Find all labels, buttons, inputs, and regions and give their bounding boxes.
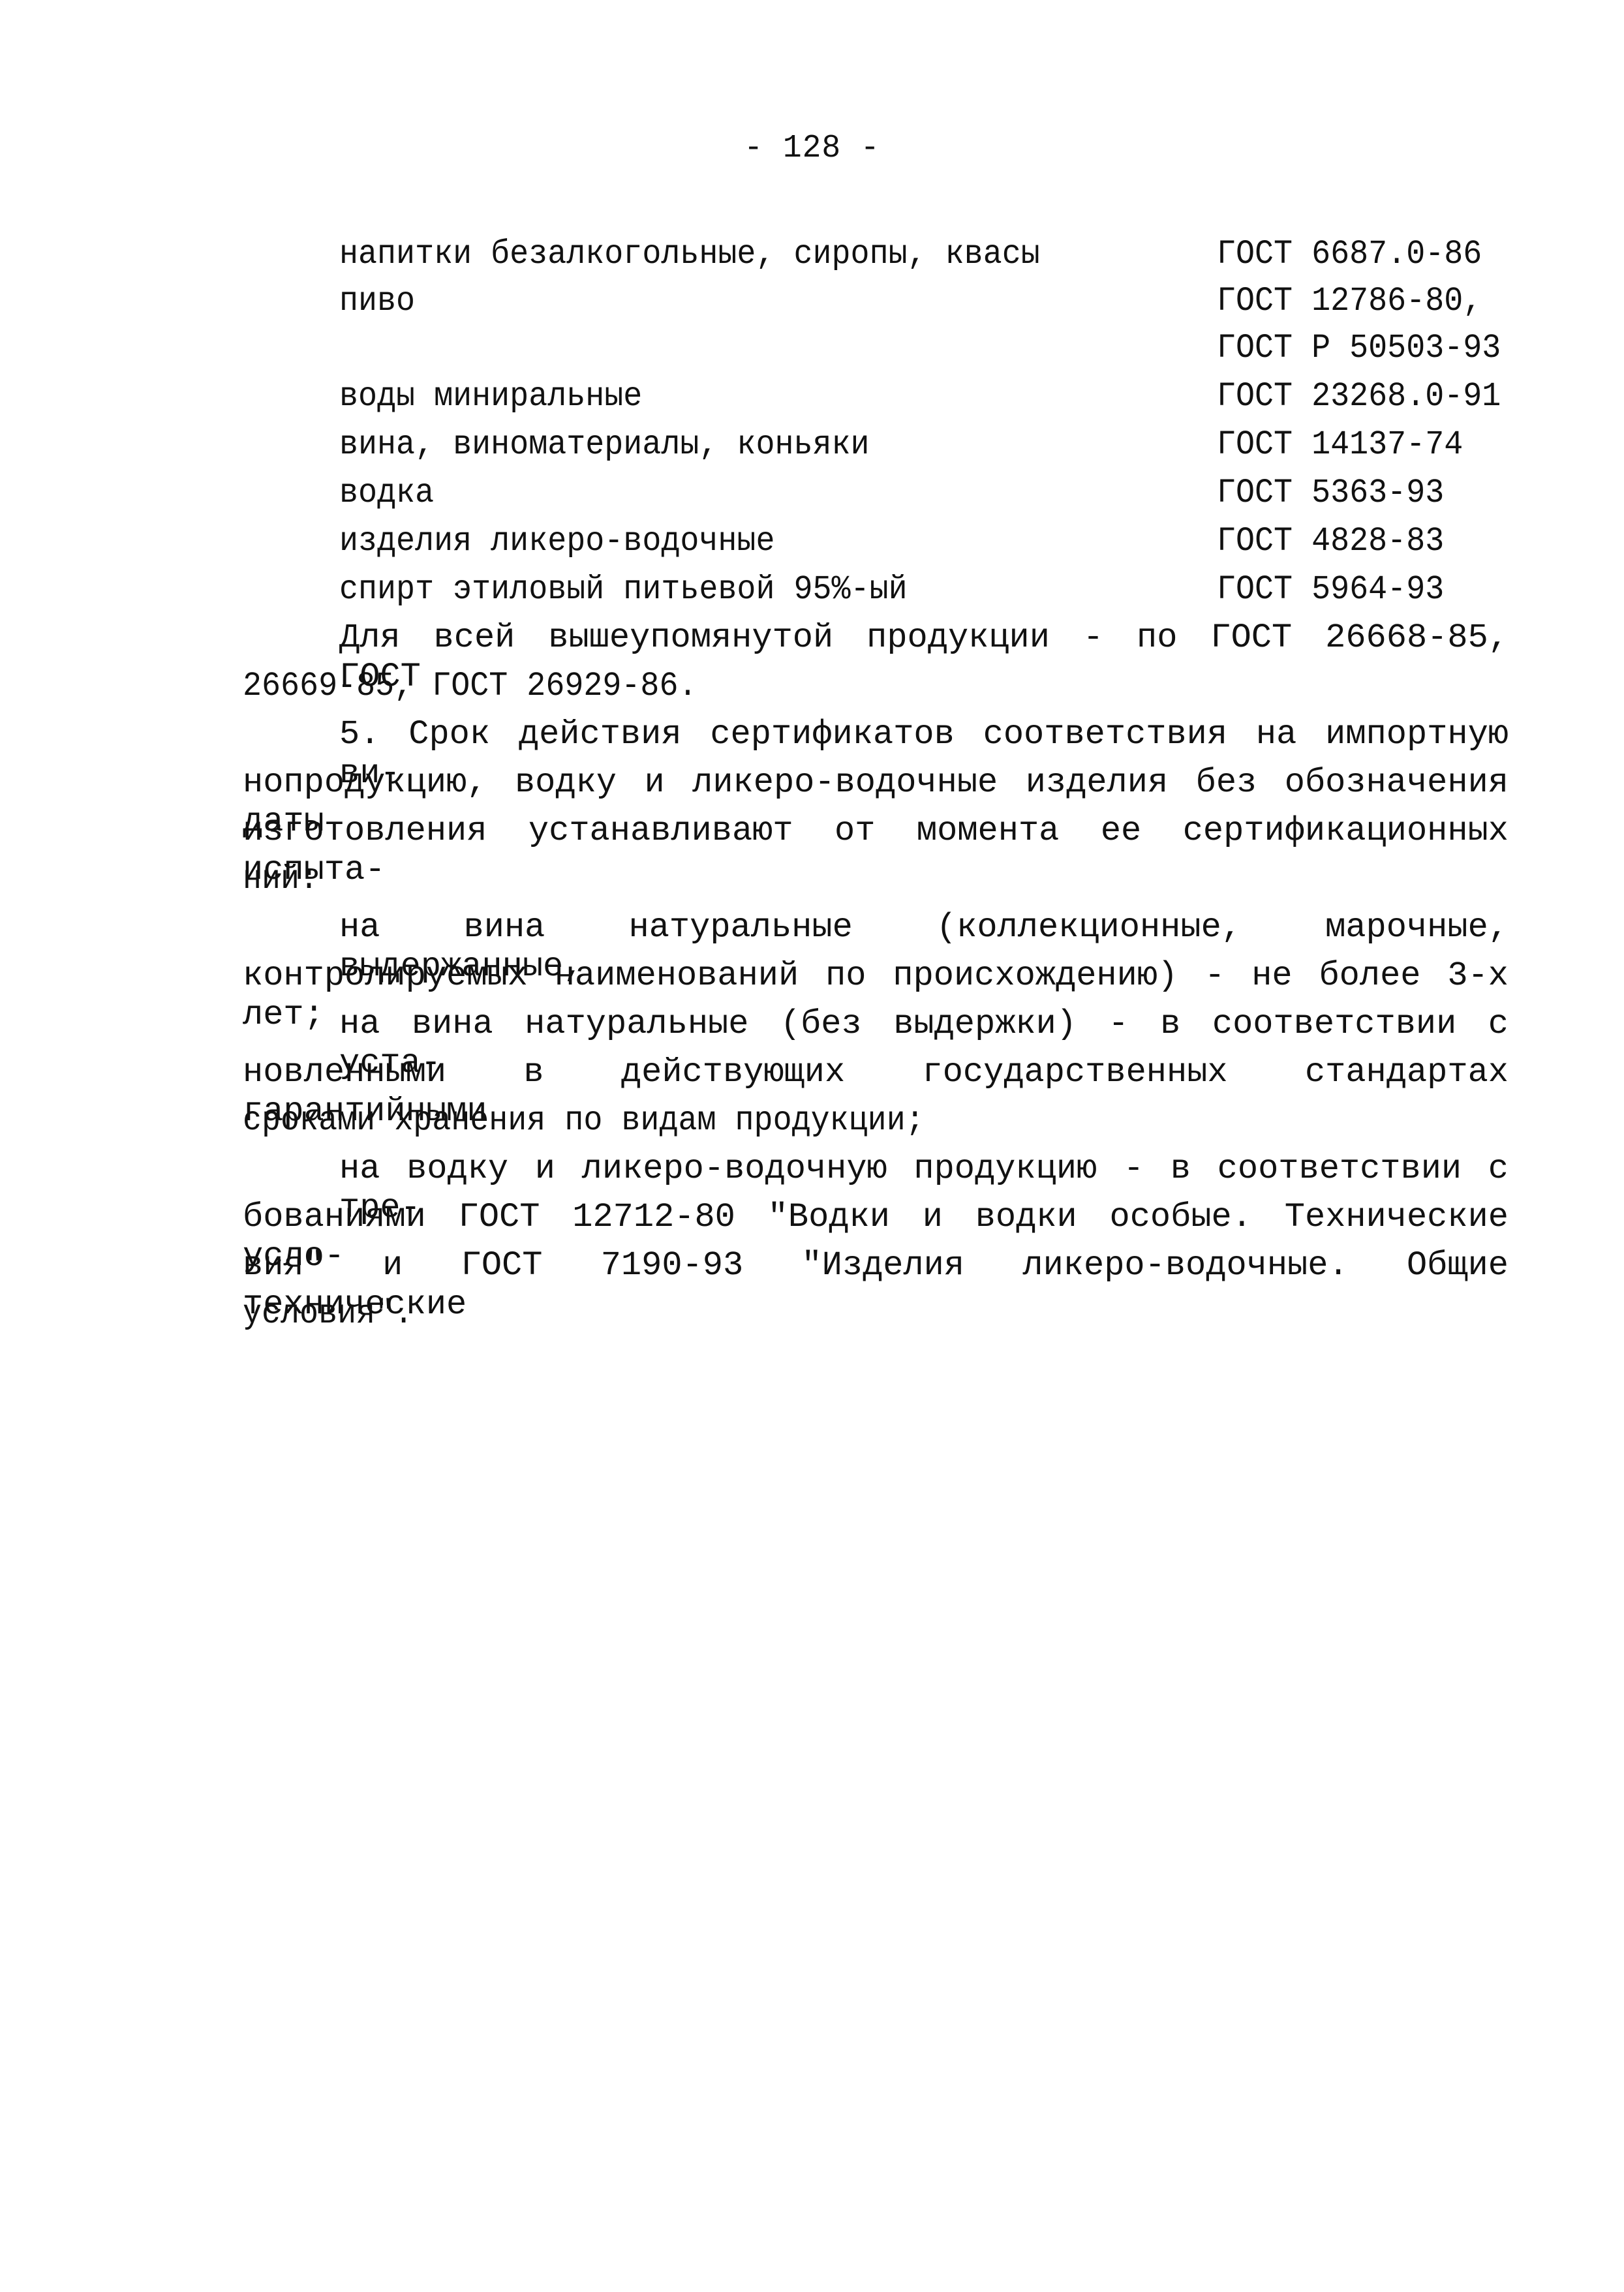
paragraph-line: 26669-85, ГОСТ 26929-86. [243, 667, 697, 706]
product-name: водка [339, 474, 434, 513]
product-name: спирт этиловый питьевой 95%-ый [339, 570, 908, 609]
paragraph-line: ний: [243, 860, 318, 899]
standard-code: ГОСТ 14137-74 [1217, 425, 1463, 465]
product-name: воды миниральные [339, 377, 642, 416]
paragraph-line: сроками хранения по видам продукции; [243, 1101, 925, 1140]
standard-code: ГОСТ 5964-93 [1217, 570, 1444, 609]
paragraph-line: вия" и ГОСТ 7190-93 "Изделия ликеро-водо… [243, 1246, 1509, 1324]
standard-code: ГОСТ 5363-93 [1217, 474, 1444, 513]
page-number: - 128 - [33, 129, 1591, 168]
product-name: вина, виноматериалы, коньяки [339, 425, 870, 465]
standard-code: ГОСТ 23268.0-91 [1217, 377, 1501, 416]
document-page: - 128 - напитки безалкогольные, сиропы, … [0, 0, 1624, 2292]
standard-code: ГОСТ 12786-80, [1217, 282, 1482, 321]
product-name: напитки безалкогольные, сиропы, квасы [339, 235, 1040, 274]
standard-code: ГОСТ 6687.0-86 [1217, 235, 1482, 274]
product-name: изделия ликеро-водочные [339, 522, 774, 561]
product-name: пиво [339, 282, 415, 321]
paragraph-line: условия". [243, 1294, 413, 1334]
standard-code: ГОСТ 4828-83 [1217, 522, 1444, 561]
standard-code: ГОСТ Р 50503-93 [1217, 329, 1501, 368]
paragraph-line: изготовления устанавливают от момента ее… [243, 812, 1509, 890]
